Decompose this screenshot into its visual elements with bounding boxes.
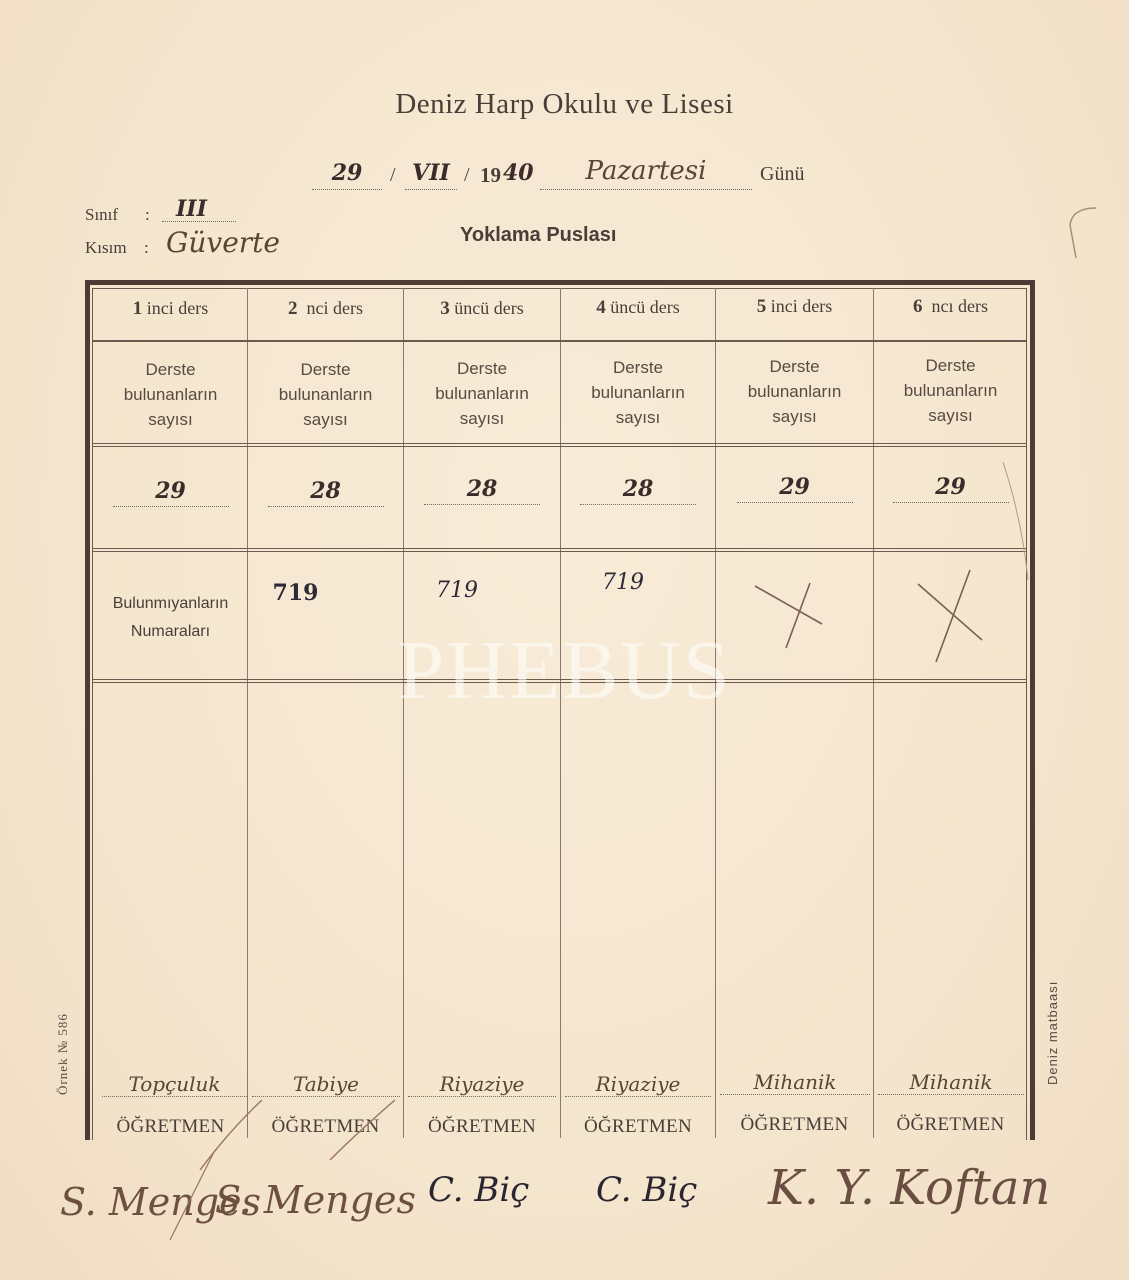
kisim-label: Kısım [85,238,127,258]
lesson-number: 3 [440,298,450,319]
label-line: Derste [561,355,715,380]
form-number-label: Örnek № 586 [55,1013,71,1095]
label-line: sayısı [716,404,873,429]
teacher-label-6: ÖĞRETMEN [874,1114,1027,1136]
lesson-2-header: 2 nci ders [248,298,403,320]
lesson-4-header: 4 üncü ders [561,297,715,319]
date-year-handwritten: 40 [503,160,534,186]
teacher-label-3: ÖĞRETMEN [404,1116,560,1138]
lesson-suffix: üncü ders [454,298,523,318]
teacher-label-5: ÖĞRETMEN [716,1114,873,1136]
date-day: 29 [312,160,382,190]
subject-3: Riyaziye [408,1072,556,1097]
label-line: bulunanların [248,382,403,407]
school-title: Deniz Harp Okulu ve Lisesi [0,88,1129,121]
row-divider-double [92,443,1027,447]
subject-1: Topçuluk [102,1072,247,1097]
label-line: Derste [874,353,1027,378]
date-weekday: Pazartesi [540,156,752,190]
date-month: VII [405,160,457,190]
present-count-3: 28 [404,476,560,505]
printer-label: Deniz matbaası [1045,981,1060,1085]
present-count-label: Derste bulunanların sayısı [404,356,560,431]
subject-6: Mihanik [878,1070,1024,1095]
label-line: Numaraları [94,618,247,646]
lesson-suffix: ncı ders [932,296,988,316]
present-count-2: 28 [248,478,403,507]
label-line: Bulunmıyanların [94,590,247,618]
present-count-value: 28 [580,476,696,505]
label-line: Derste [404,356,560,381]
label-line: bulunanların [94,382,247,407]
label-line: sayısı [874,403,1027,428]
absent-row-label: Bulunmıyanların Numaraları [94,590,247,646]
row-divider-double [92,679,1027,683]
subject-4: Riyaziye [565,1072,711,1097]
subject-5: Mihanik [720,1070,870,1095]
lesson-1-header: 1 inci ders [94,298,247,320]
absent-numbers-3: 719 [404,578,560,603]
date-year-printed: 19 [480,163,501,188]
present-count-value: 29 [737,474,853,503]
signature-5: K. Y. Koftan [768,1160,1050,1216]
lesson-3-header: 3 üncü ders [404,298,560,320]
lesson-suffix: inci ders [147,298,208,318]
present-count-value: 29 [113,478,229,507]
present-count-label: Derste bulunanların sayısı [561,355,715,430]
present-count-value: 28 [268,478,384,507]
label-line: sayısı [561,405,715,430]
label-line: Derste [716,354,873,379]
lesson-number: 2 [288,298,298,319]
lesson-suffix: nci ders [307,298,363,318]
signature-2: S. Menges [215,1178,416,1222]
present-count-5: 29 [716,474,873,503]
date-gunu-label: Günü [760,163,804,186]
sinif-colon: : [145,205,150,225]
subject-2: Tabiye [252,1072,400,1097]
lesson-number: 4 [596,297,606,318]
absent-numbers-2: 719 [248,580,403,606]
lesson-suffix: üncü ders [610,297,679,317]
label-line: bulunanların [716,379,873,404]
date-separator-2: / [464,164,470,187]
label-line: bulunanların [404,381,560,406]
present-count-value: 29 [893,474,1009,503]
label-line: bulunanların [561,380,715,405]
teacher-label-4: ÖĞRETMEN [561,1116,715,1138]
label-line: bulunanların [874,378,1027,403]
school-title-text: Deniz Harp Okulu ve Lisesi [395,88,733,121]
lesson-5-header: 5 inci ders [716,296,873,318]
teacher-label-2: ÖĞRETMEN [248,1116,403,1138]
label-line: Derste [248,357,403,382]
kisim-value: Güverte [166,226,280,259]
present-count-6: 29 [874,474,1027,503]
signature-3: C. Biç [428,1170,529,1210]
present-count-label: Derste bulunanların sayısı [248,357,403,432]
present-count-label: Derste bulunanların sayısı [874,353,1027,428]
form-title: Yoklama Puslası [460,224,616,247]
label-line: sayısı [94,407,247,432]
lesson-number: 1 [133,298,143,319]
teacher-label-1: ÖĞRETMEN [94,1116,247,1138]
lesson-number: 5 [757,296,767,317]
row-divider [92,340,1027,342]
lesson-number: 6 [913,296,923,317]
present-count-1: 29 [94,478,247,507]
lesson-6-header: 6 ncı ders [874,296,1027,318]
label-line: sayısı [404,406,560,431]
kisim-colon: : [144,238,149,258]
label-line: sayısı [248,407,403,432]
sinif-label: Sınıf [85,205,118,225]
absent-numbers-4: 719 [561,570,715,595]
lesson-suffix: inci ders [771,296,832,316]
date-separator-1: / [390,164,396,187]
present-count-value: 28 [424,476,540,505]
present-count-label: Derste bulunanların sayısı [94,357,247,432]
label-line: Derste [94,357,247,382]
signature-4: C. Biç [596,1170,697,1210]
present-count-label: Derste bulunanların sayısı [716,354,873,429]
row-divider-double [92,548,1027,552]
sinif-value: III [162,196,236,222]
present-count-4: 28 [561,476,715,505]
